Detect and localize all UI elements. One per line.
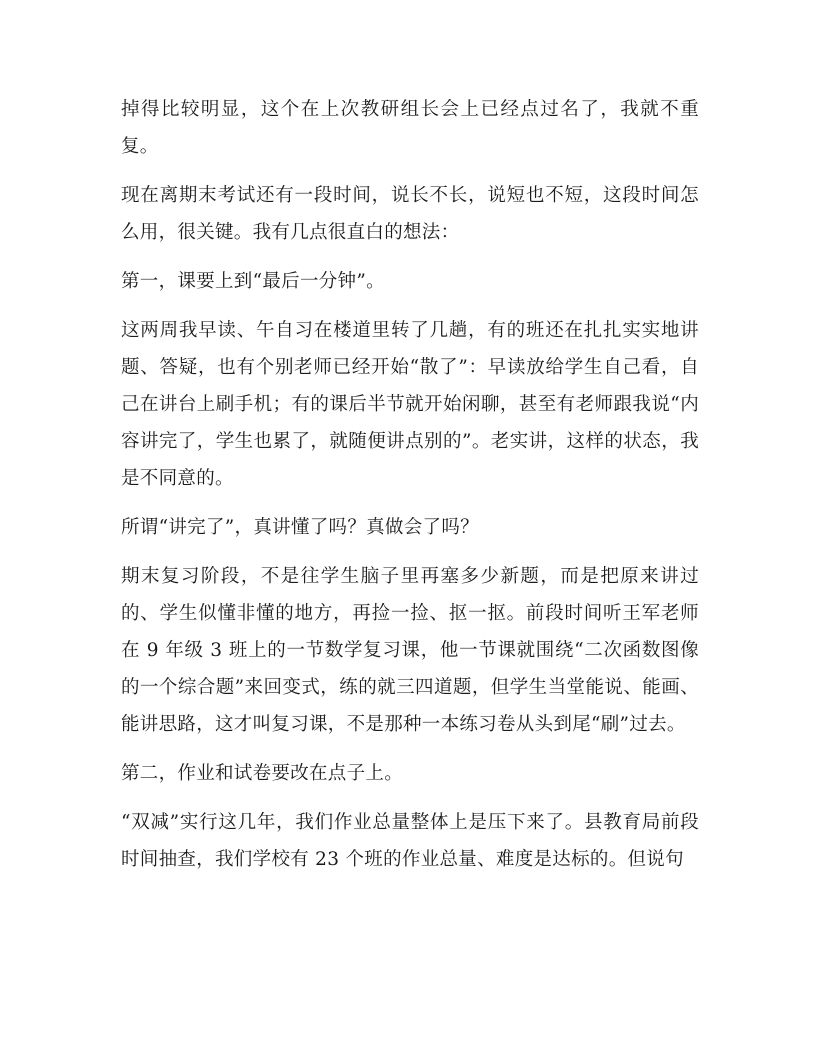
paragraph-observation: 这两周我早读、午自习在楼道里转了几趟，有的班还在扎扎实实地讲题、答疑，也有个别老… <box>121 312 699 497</box>
paragraph-homework: “双减”实行这几年，我们作业总量整体上是压下来了。县教育局前段时间抽查，我们学校… <box>121 804 699 878</box>
heading-point-two: 第二，作业和试卷要改在点子上。 <box>121 755 699 792</box>
paragraph-continuation: 掉得比较明显，这个在上次教研组长会上已经点过名了，我就不重复。 <box>121 91 699 165</box>
heading-point-one: 第一，课要上到“最后一分钟”。 <box>121 263 699 300</box>
document-page: 掉得比较明显，这个在上次教研组长会上已经点过名了，我就不重复。 现在离期末考试还… <box>121 91 699 890</box>
paragraph-intro: 现在离期末考试还有一段时间，说长不长，说短也不短，这段时间怎么用，很关键。我有几… <box>121 177 699 251</box>
paragraph-review-example: 期末复习阶段，不是往学生脑子里再塞多少新题，而是把原来讲过的、学生似懂非懂的地方… <box>121 558 699 743</box>
paragraph-question: 所谓“讲完了”，真讲懂了吗？真做会了吗？ <box>121 509 699 546</box>
